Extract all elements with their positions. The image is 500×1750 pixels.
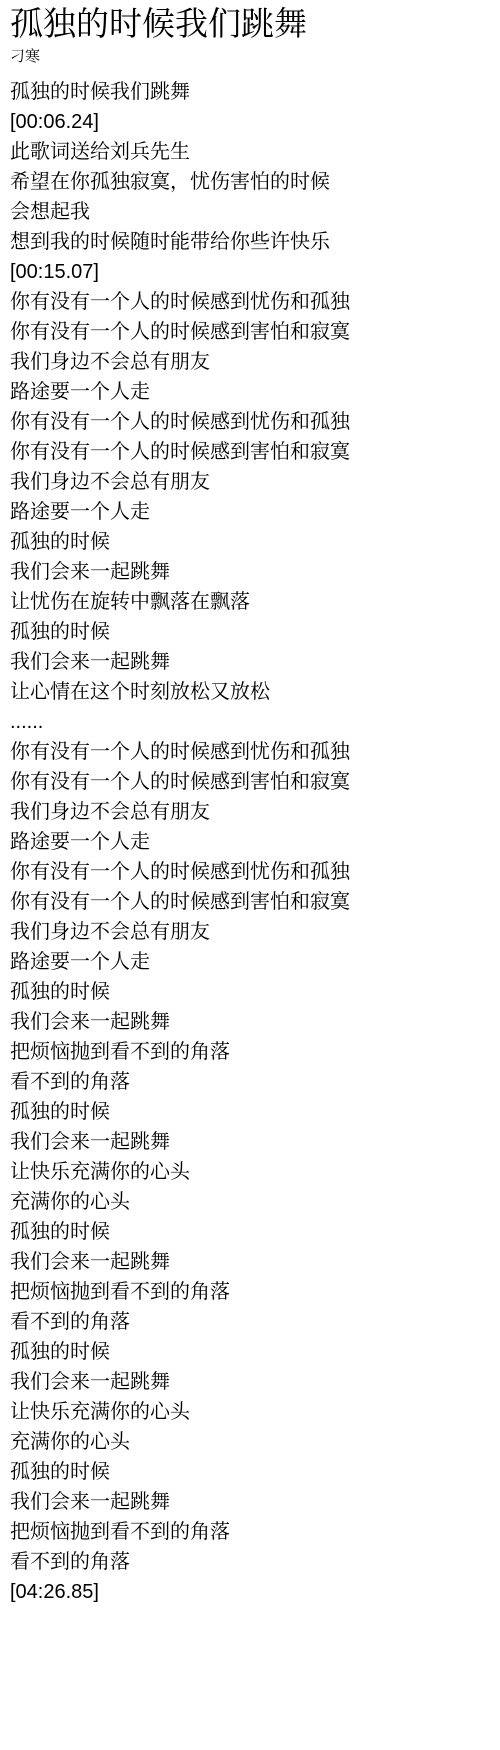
lyric-line: 让快乐充满你的心头 [10, 1397, 490, 1427]
lyrics-page: 孤独的时候我们跳舞 刁寒 孤独的时候我们跳舞[00:06.24]此歌词送给刘兵先… [0, 0, 500, 1750]
lyric-line: 看不到的角落 [10, 1307, 490, 1337]
lyric-line: 想到我的时候随时能带给你些许快乐 [10, 227, 490, 257]
lyric-line: 你有没有一个人的时候感到忧伤和孤独 [10, 737, 490, 767]
lyric-line: 孤独的时候 [10, 977, 490, 1007]
lyric-line: 路途要一个人走 [10, 497, 490, 527]
page-title: 孤独的时候我们跳舞 [10, 4, 490, 44]
lyric-line: 路途要一个人走 [10, 377, 490, 407]
lyric-line: 希望在你孤独寂寞，忧伤害怕的时候 [10, 167, 490, 197]
lyric-line: 你有没有一个人的时候感到害怕和寂寞 [10, 317, 490, 347]
artist-name: 刁寒 [10, 47, 490, 67]
lyric-line: 路途要一个人走 [10, 947, 490, 977]
timestamp-line: [04:26.85] [10, 1577, 490, 1607]
lyric-line: 我们会来一起跳舞 [10, 647, 490, 677]
lyric-line: 会想起我 [10, 197, 490, 227]
lyric-line: 让忧伤在旋转中飘落在飘落 [10, 587, 490, 617]
lyric-line: 孤独的时候 [10, 617, 490, 647]
lyric-line: 我们会来一起跳舞 [10, 1367, 490, 1397]
lyric-line: 你有没有一个人的时候感到忧伤和孤独 [10, 287, 490, 317]
lyric-line: 看不到的角落 [10, 1547, 490, 1577]
lyric-line: 我们身边不会总有朋友 [10, 467, 490, 497]
timestamp-line: [00:15.07] [10, 257, 490, 287]
lyric-line: 你有没有一个人的时候感到害怕和寂寞 [10, 887, 490, 917]
lyric-line: 我们会来一起跳舞 [10, 1487, 490, 1517]
lyric-line: 孤独的时候 [10, 1337, 490, 1367]
lyric-line: 你有没有一个人的时候感到忧伤和孤独 [10, 407, 490, 437]
lyric-line: 此歌词送给刘兵先生 [10, 137, 490, 167]
lyric-line: 我们身边不会总有朋友 [10, 347, 490, 377]
lyric-line: 看不到的角落 [10, 1067, 490, 1097]
timestamp-line: [00:06.24] [10, 107, 490, 137]
lyric-line: 充满你的心头 [10, 1187, 490, 1217]
lyric-line: 孤独的时候 [10, 1457, 490, 1487]
lyric-line: 你有没有一个人的时候感到害怕和寂寞 [10, 437, 490, 467]
lyric-line: 孤独的时候我们跳舞 [10, 77, 490, 107]
lyric-line: 你有没有一个人的时候感到忧伤和孤独 [10, 857, 490, 887]
lyric-line: 把烦恼抛到看不到的角落 [10, 1517, 490, 1547]
lyric-line: 孤独的时候 [10, 527, 490, 557]
lyric-line: 把烦恼抛到看不到的角落 [10, 1037, 490, 1067]
lyric-line: 充满你的心头 [10, 1427, 490, 1457]
lyric-line: 我们会来一起跳舞 [10, 557, 490, 587]
lyrics-body: 孤独的时候我们跳舞[00:06.24]此歌词送给刘兵先生希望在你孤独寂寞，忧伤害… [10, 77, 490, 1607]
lyric-line: 我们会来一起跳舞 [10, 1247, 490, 1277]
lyric-line: 你有没有一个人的时候感到害怕和寂寞 [10, 767, 490, 797]
lyric-line: 孤独的时候 [10, 1097, 490, 1127]
lyric-line: 孤独的时候 [10, 1217, 490, 1247]
lyric-line: 把烦恼抛到看不到的角落 [10, 1277, 490, 1307]
lyric-line: ...... [10, 707, 490, 737]
lyric-line: 我们会来一起跳舞 [10, 1127, 490, 1157]
lyric-line: 我们身边不会总有朋友 [10, 797, 490, 827]
lyric-line: 让心情在这个时刻放松又放松 [10, 677, 490, 707]
lyric-line: 我们会来一起跳舞 [10, 1007, 490, 1037]
lyric-line: 路途要一个人走 [10, 827, 490, 857]
lyric-line: 让快乐充满你的心头 [10, 1157, 490, 1187]
lyric-line: 我们身边不会总有朋友 [10, 917, 490, 947]
